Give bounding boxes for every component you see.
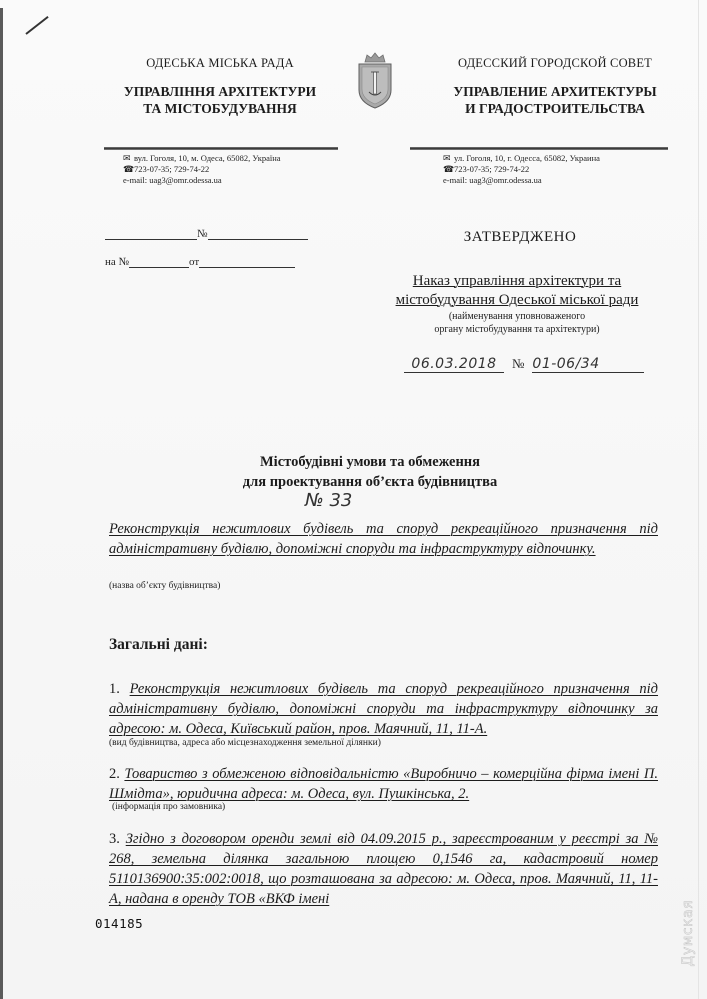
phone-ru: 723-07-35; 729-74-22 <box>454 164 529 174</box>
general-item-1: 1. Реконструкція нежитлових будівель та … <box>109 679 658 739</box>
item-1-caption: (вид будівництва, адреса або місцезнаход… <box>109 738 381 748</box>
reply-number-blank <box>129 267 189 268</box>
document-title: Містобудівні умови та обмеження для прое… <box>150 452 590 492</box>
phone-icon: ☎ <box>123 164 134 175</box>
document-title-line2: для проектування об’єкта будівництва <box>150 472 590 492</box>
odesa-coat-of-arms-icon <box>355 52 395 110</box>
department-line2-ru: И ГРАДОСТРОИТЕЛЬСТВА <box>440 100 670 117</box>
object-name-caption: (назва об’єкту будівництва) <box>109 581 220 591</box>
order-note-line1: (найменування уповноваженого <box>372 310 662 323</box>
scan-edge <box>0 8 3 999</box>
reply-label: на № <box>105 256 129 268</box>
general-item-3: 3. Згідно з договором оренди землі від 0… <box>109 829 658 909</box>
item-number: 1. <box>109 681 120 697</box>
email-uk[interactable]: e-mail: uag3@omr.odessa.ua <box>123 175 222 185</box>
item-text: Товариство з обмеженою відповідальністю … <box>109 766 658 802</box>
address-uk: вул. Гоголя, 10, м. Одеса, 65082, Україн… <box>134 153 281 163</box>
phone-icon: ☎ <box>443 164 454 175</box>
outgoing-number-line: № <box>105 228 308 240</box>
document-page: ОДЕСЬКА МІСЬКА РАДА УПРАВЛІННЯ АРХІТЕКТУ… <box>0 0 707 999</box>
council-name-ru: ОДЕССКИЙ ГОРОДСКОЙ СОВЕТ <box>440 56 670 71</box>
approval-number: 01-06/34 <box>532 356 644 373</box>
approval-date: 06.03.2018 <box>404 356 504 373</box>
approval-order: Наказ управління архітектури та містобуд… <box>372 272 662 336</box>
outgoing-number-blank <box>208 239 308 240</box>
general-item-2: 2. Товариство з обмеженою відповідальніс… <box>109 764 658 804</box>
number-label: № <box>197 228 208 240</box>
mail-icon: ✉ <box>443 153 454 164</box>
item-2-caption: (інформація про замовника) <box>112 802 225 812</box>
outgoing-date-blank <box>105 239 197 240</box>
approved-heading: ЗАТВЕРДЖЕНО <box>420 229 620 246</box>
item-text: Згідно з договором оренди землі від 04.0… <box>109 831 658 907</box>
mail-icon: ✉ <box>123 153 134 164</box>
general-data-heading: Загальні дані: <box>109 636 208 654</box>
approval-date-number: 06.03.2018 № 01-06/34 <box>404 355 644 373</box>
department-line2: ТА МІСТОБУДУВАННЯ <box>100 100 340 117</box>
reply-date-blank <box>199 267 295 268</box>
item-text: Реконструкція нежитлових будівель та спо… <box>109 681 658 737</box>
object-name-text: Реконструкція нежитлових будівель та спо… <box>109 521 658 557</box>
item-number: 3. <box>109 831 120 847</box>
phone-uk: 723-07-35; 729-74-22 <box>134 164 209 174</box>
email-ru[interactable]: e-mail: uag3@omr.odessa.ua <box>443 175 542 185</box>
object-name: Реконструкція нежитлових будівель та спо… <box>109 519 658 559</box>
council-name-uk: ОДЕСЬКА МІСЬКА РАДА <box>110 56 330 71</box>
from-label: от <box>189 256 199 268</box>
publisher-watermark: Думская <box>680 900 696 966</box>
address-ru: ул. Гоголя, 10, г. Одесса, 65082, Украин… <box>454 153 600 163</box>
pen-mark <box>25 16 48 35</box>
document-number: № 33 <box>305 490 352 511</box>
contacts-ru: ✉ул. Гоголя, 10, г. Одесса, 65082, Украи… <box>443 153 600 186</box>
document-title-line1: Містобудівні умови та обмеження <box>150 452 590 472</box>
reply-to-line: на №от <box>105 256 295 268</box>
contacts-uk: ✉вул. Гоголя, 10, м. Одеса, 65082, Украї… <box>123 153 281 186</box>
order-line1: Наказ управління архітектури та <box>372 272 662 291</box>
department-line1: УПРАВЛІННЯ АРХІТЕКТУРИ <box>100 83 340 100</box>
department-line1-ru: УПРАВЛЕНИЕ АРХИТЕКТУРЫ <box>440 83 670 100</box>
department-name-uk: УПРАВЛІННЯ АРХІТЕКТУРИ ТА МІСТОБУДУВАННЯ <box>100 83 340 117</box>
item-number: 2. <box>109 766 120 782</box>
order-line2: містобудування Одеської міської ради <box>372 291 662 310</box>
department-name-ru: УПРАВЛЕНИЕ АРХИТЕКТУРЫ И ГРАДОСТРОИТЕЛЬС… <box>440 83 670 117</box>
approval-number-label: № <box>512 356 524 371</box>
form-serial-number: 014185 <box>95 916 143 931</box>
order-note-line2: органу містобудування та архітектури) <box>372 323 662 336</box>
scan-edge-right <box>698 0 699 999</box>
header-rule-right <box>410 147 668 150</box>
header-rule-left <box>104 147 338 150</box>
